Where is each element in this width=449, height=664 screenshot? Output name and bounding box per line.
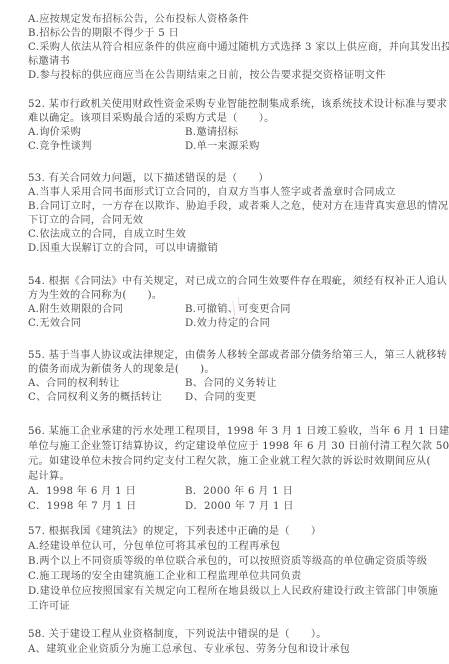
q52-option-b: B.邀请招标 [185,126,238,139]
q55-option-a: A、合同的权利转让 [28,377,120,390]
q52-stem-1: 52. 某市行政机关使用财政性资金采购专业智能控制集成系统，该系统技术设计标准与… [28,98,447,111]
q56-option-b: B．2000 年 6 月 1 日 [185,485,293,498]
q56-option-c: C．1998 年 7 月 1 日 [28,500,136,513]
q57-option-c: C.施工现场的安全由建筑施工企业和工程监理单位共同负责 [28,570,301,583]
q55-stem-1: 55. 基于当事人协议或法律规定，由债务人移转全部或者部分债务给第三人，第三人就… [28,349,447,362]
q51-option-a: A.应按规定发布招标公告，公布投标人资格条件 [28,13,249,26]
q58-option-a: A、建筑业企业资质分为施工总承包、专业承包、劳务分包和设计承包 [28,643,350,656]
q56-stem-1: 56. 某施工企业承建的污水处理工程项目，1998 年 3 月 1 日竣工验收，… [28,425,449,438]
q56-option-a: A．1998 年 6 月 1 日 [28,485,136,498]
q52-option-d: D.单一来源采购 [185,140,260,153]
q53-stem: 53. 有关合同效力问题，以下描述错误的是（ ） [28,172,269,185]
q57-option-d: D.建设单位应按照国家有关规定向工程所在地县级以上人民政府建设行政主管部门申领施 [28,585,438,598]
q54-option-d: D.效力待定的合同 [185,317,270,330]
q51-option-b: B.招标公告的期限不得少于 5 日 [28,27,179,40]
q56-stem-4: 起计算。 [28,470,70,483]
q57-option-d-cont: 工许可证 [28,600,70,613]
q55-option-b: B、合同的义务转让 [185,377,277,390]
q58-stem: 58. 关于建设工程从业资格制度，下列说法中错误的是（ ）。 [28,628,327,641]
q54-option-c: C.无效合同 [28,317,81,330]
q54-option-b: B.可撤销、可变更合同 [185,303,291,316]
q57-stem: 57. 根据我国《建筑法》的规定，下列表述中正确的是（ ） [28,525,321,538]
q53-option-a: A.当事人采用合同书面形式订立合同的，自双方当事人签字或者盖章时合同成立 [28,186,396,199]
q52-stem-2: 难以确定。该项目采购最合适的采购方式是（ ）。 [28,112,275,125]
q53-option-b: B.合同订立时，一方存在以欺诈、胁迫手段，或者乘人之危，使对方在违背真实意思的情… [28,200,448,213]
q55-option-d: D、合同的变更 [185,391,256,404]
q53-option-d: D.因重大误解订立的合同，可以申请撤销 [28,242,218,255]
q56-option-d: D．2000 年 7 月 1 日 [185,500,294,513]
q51-option-c-cont: 标邀请书 [28,55,70,68]
q57-option-b: B.两个以上不同资质等级的单位联合承包的，可以按照资质等级高的单位确定资质等级 [28,555,427,568]
q55-stem-2: 的债务而成为新债务人的现象是( )。 [28,363,215,376]
q56-stem-3: 元。如建设单位未按合同约定支付工程欠款，施工企业就工程欠款的诉讼时效期间应从( … [28,455,449,468]
q51-option-c: C.采购人依法从符合相应条件的供应商中通过随机方式选择 3 家以上供应商，并向其… [28,41,449,54]
q52-option-c: C.竞争性谈判 [28,140,92,153]
q56-stem-2: 单位与施工企业签订结算协议，约定建设单位应于 1998 年 6 月 30 日前付… [28,440,449,453]
q57-option-a: A.经建设单位认可，分包单位可将其承包的工程再承包 [28,540,280,553]
q54-option-a: A.附生效期限的合同 [28,303,123,316]
q53-option-b-cont: 下订立的合同，合同无效 [28,214,143,227]
q55-option-c: C、合同权利义务的概括转让 [28,391,162,404]
q54-stem-1: 54. 根据《合同法》中有关规定，对已成立的合同生效要件存在瑕疵，须经有权补正人… [28,275,447,288]
q52-option-a: A.询价采购 [28,126,81,139]
q54-stem-2: 方为生效的合同称为( )。 [28,289,162,302]
q51-option-d: D.参与投标的供应商应当在公告期结束之日前，按公告要求提交资格证明文件 [28,69,386,82]
q53-option-c: C.依法成立的合同，自成立时生效 [28,228,186,241]
exam-page: A.应按规定发布招标公告，公布投标人资格条件 B.招标公告的期限不得少于 5 日… [0,0,449,664]
